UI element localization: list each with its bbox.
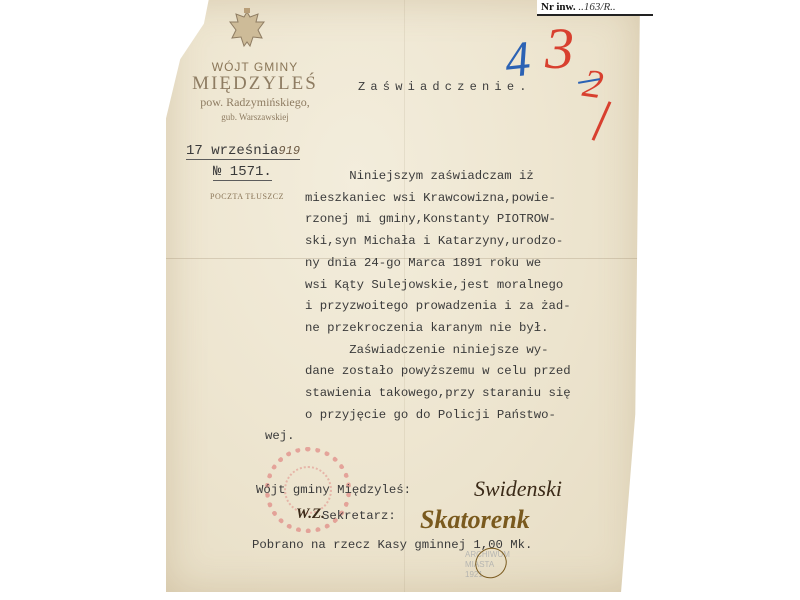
post-office-stamp: POCZTA TŁUSZCZ	[210, 192, 284, 201]
mayor-label: Wójt gminy Międzyleś:	[256, 483, 411, 497]
date-year: 919	[278, 144, 300, 158]
letterhead-province: gub. Warszawskiej	[180, 112, 330, 122]
document-date: 17 września919	[186, 143, 300, 160]
inventory-prefix: Nr inw.	[541, 1, 576, 13]
letterhead-commune: MIĘDZYLEŚ	[180, 73, 330, 95]
body-line: wsi Kąty Sulejowskie,jest moralnego	[305, 275, 645, 297]
body-line: ski,syn Michała i Katarzyny,urodzo-	[305, 231, 645, 253]
inventory-number: 163/R	[584, 1, 610, 13]
letterhead: WÓJT GMINY MIĘDZYLEŚ pow. Radzymińskiego…	[180, 60, 330, 122]
body-line: i przyzwoitego prowadzenia i za żad-	[305, 296, 645, 318]
body-line: Zaświadczenie niniejsze wy-	[305, 340, 645, 362]
handwritten-red-mark: 3	[545, 15, 574, 82]
mayor-signature: Swidenski	[474, 476, 562, 502]
date-day-month: 17 września	[186, 143, 278, 159]
body-line: rzonej mi gminy,Konstanty PIOTROW-	[305, 209, 645, 231]
body-line: ne przekroczenia karanym nie był.	[305, 318, 645, 340]
secretary-prefix: W.Z.	[296, 506, 325, 523]
eagle-emblem-icon	[228, 8, 266, 52]
letterhead-title: WÓJT GMINY	[180, 60, 330, 74]
letterhead-district: pow. Radzymińskiego,	[180, 95, 330, 110]
registry-number: № 1571.	[213, 164, 272, 181]
body-line: stawienia takowego,przy staraniu się	[305, 383, 645, 405]
secretary-signature: Skatorenk	[420, 505, 530, 535]
body-line: mieszkaniec wsi Krawcowizna,powie-	[305, 188, 645, 210]
body-line: ny dnia 24-go Marca 1891 roku we	[305, 253, 645, 275]
body-line: dane zostało powyższemu w celu przed	[305, 361, 645, 383]
body-line: wej.	[265, 426, 645, 448]
secretary-label: Sekretarz:	[322, 509, 396, 523]
certificate-body: Niniejszym zaświadczam iżmieszkaniec wsi…	[305, 166, 645, 448]
body-line: o przyjęcie go do Policji Państwo-	[305, 405, 645, 427]
body-line: Niniejszym zaświadczam iż	[305, 166, 645, 188]
inventory-label: Nr inw. ..163/R..	[537, 0, 653, 16]
document-title: Zaświadczenie.	[358, 80, 532, 94]
